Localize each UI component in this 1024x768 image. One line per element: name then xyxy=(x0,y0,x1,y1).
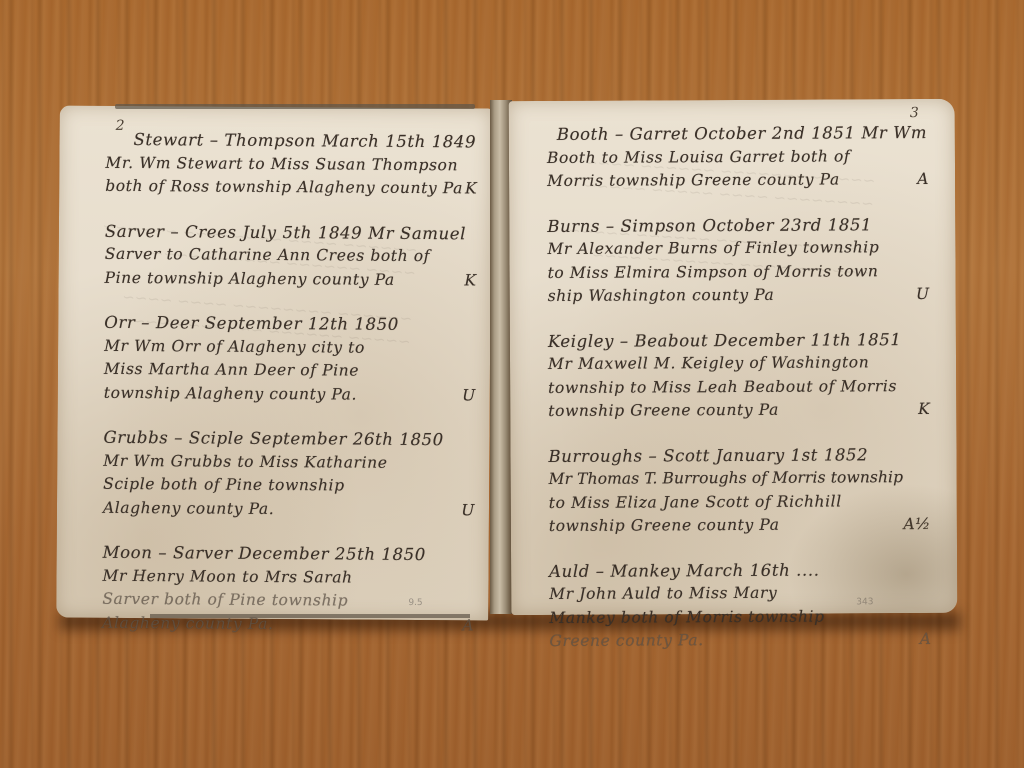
entry-text: township Alagheny county Pa. xyxy=(104,383,357,403)
entry-heading: Moon – Sarver December 25th 1850 xyxy=(103,541,483,567)
marriage-entry: Burroughs – Scott January 1st 1852 Mr Th… xyxy=(548,442,938,538)
entry-line: Morris township Greene county Pa A xyxy=(547,168,937,194)
pencil-note: 343 xyxy=(856,597,873,607)
page-top-edge xyxy=(115,104,475,109)
entry-line: township Alagheny county Pa. U xyxy=(104,381,484,407)
marriage-entry: Orr – Deer September 12th 1850 Mr Wm Orr… xyxy=(104,311,485,408)
entry-line: Mr John Auld to Miss Mary xyxy=(549,581,939,607)
entry-heading: Grubbs – Sciple September 26th 1850 xyxy=(103,426,483,452)
entry-text: Pine township Alagheny county Pa xyxy=(105,268,395,288)
entry-text: both of Ross township Alagheny county Pa xyxy=(105,177,463,197)
entry-line: Pine township Alagheny county Pa K xyxy=(105,266,485,292)
entry-line: Mr Maxwell M. Keigley of Washington xyxy=(548,351,938,377)
entry-line: ship Washington county Pa U xyxy=(548,283,938,309)
entry-heading: Auld – Mankey March 16th .... xyxy=(549,557,939,583)
entry-line: Mr Henry Moon to Mrs Sarah xyxy=(102,564,482,590)
marriage-entry: Keigley – Beabout December 11th 1851 Mr … xyxy=(548,327,938,423)
marriage-entry: Stewart – Thompson March 15th 1849 Mr. W… xyxy=(105,128,485,201)
entry-line: Alagheny county Pa. U xyxy=(103,496,483,522)
entry-line: township Greene county Pa A½ xyxy=(549,513,939,539)
entry-line: to Miss Elmira Simpson of Morris town xyxy=(547,259,937,285)
entry-heading: Burns – Simpson October 23rd 1851 xyxy=(547,212,937,238)
entry-mark: K xyxy=(464,269,476,293)
entry-line: Booth to Miss Louisa Garret both of xyxy=(547,144,937,170)
entry-mark: U xyxy=(462,384,476,408)
entry-line: both of Ross township Alagheny county Pa… xyxy=(105,175,485,201)
entry-line: Mr Thomas T. Burroughs of Morris townshi… xyxy=(549,466,939,492)
entry-line: Sciple both of Pine township xyxy=(103,473,483,499)
entry-line: Mr. Wm Stewart to Miss Susan Thompson xyxy=(105,151,485,177)
entry-line: Mankey both of Morris township xyxy=(549,604,939,630)
entry-text: township Greene county Pa xyxy=(549,516,780,535)
entry-line: township to Miss Leah Beabout of Morris xyxy=(548,374,938,400)
entry-text: township Greene county Pa xyxy=(548,401,779,420)
entry-text: ship Washington county Pa xyxy=(548,286,775,305)
marriage-entry: Sarver – Crees July 5th 1849 Mr Samuel S… xyxy=(105,219,485,292)
entry-mark: K xyxy=(918,398,930,422)
entry-mark: U xyxy=(916,283,930,307)
entry-mark: U xyxy=(461,499,475,523)
entry-text: Alagheny county Pa. xyxy=(103,498,274,517)
pencil-note: 9.5 xyxy=(408,598,422,608)
entry-heading: Keigley – Beabout December 11th 1851 xyxy=(548,327,938,353)
entry-heading: Sarver – Crees July 5th 1849 Mr Samuel xyxy=(105,219,485,245)
entry-text: Morris township Greene county Pa xyxy=(547,170,840,190)
entry-line: Sarver both of Pine township xyxy=(102,588,482,614)
entries-list: Stewart – Thompson March 15th 1849 Mr. W… xyxy=(102,128,486,659)
entry-mark: A xyxy=(917,168,929,192)
entry-line: Mr Wm Orr of Alagheny city to xyxy=(104,334,484,360)
marriage-entry: Booth – Garret October 2nd 1851 Mr Wm Bo… xyxy=(547,121,937,194)
marriage-entry: Auld – Mankey March 16th .... Mr John Au… xyxy=(549,557,939,653)
page-bottom-edge xyxy=(150,614,470,618)
entry-heading: Orr – Deer September 12th 1850 xyxy=(104,311,484,337)
entry-mark: A½ xyxy=(903,513,931,537)
entry-line: Mr Wm Grubbs to Miss Katharine xyxy=(103,449,483,475)
entry-line: to Miss Eliza Jane Scott of Richhill xyxy=(549,489,939,515)
entry-heading: Booth – Garret October 2nd 1851 Mr Wm xyxy=(547,121,937,147)
entry-line: Mr Alexander Burns of Finley township xyxy=(547,236,937,262)
entry-heading: Stewart – Thompson March 15th 1849 xyxy=(105,128,485,154)
page-number: 3 xyxy=(910,105,919,121)
entry-line: township Greene county Pa K xyxy=(548,398,938,424)
marriage-entry: Moon – Sarver December 25th 1850 Mr Henr… xyxy=(102,541,483,638)
entry-line: Miss Martha Ann Deer of Pine xyxy=(104,358,484,384)
entry-line: Greene county Pa. A xyxy=(549,628,939,654)
entry-text: Greene county Pa. xyxy=(549,631,703,650)
entry-mark: K xyxy=(465,177,477,201)
left-page: ~~~~~~ ~~~~ ~~~~~~~~ ~~~~~~~~~~ ~~~~~~ ~… xyxy=(56,105,492,620)
entries-list: Booth – Garret October 2nd 1851 Mr Wm Bo… xyxy=(547,121,940,675)
marriage-entry: Burns – Simpson October 23rd 1851 Mr Ale… xyxy=(547,212,937,308)
entry-mark: A xyxy=(920,628,932,652)
marriage-entry: Grubbs – Sciple September 26th 1850 Mr W… xyxy=(103,426,484,523)
right-page: ~~~~~ ~~~~~~~ ~~~~~~ ~~~~~~~~~~~~ ~~~~ ~… xyxy=(509,99,958,615)
entry-heading: Burroughs – Scott January 1st 1852 xyxy=(548,442,938,468)
entry-line: Sarver to Catharine Ann Crees both of xyxy=(105,243,485,269)
